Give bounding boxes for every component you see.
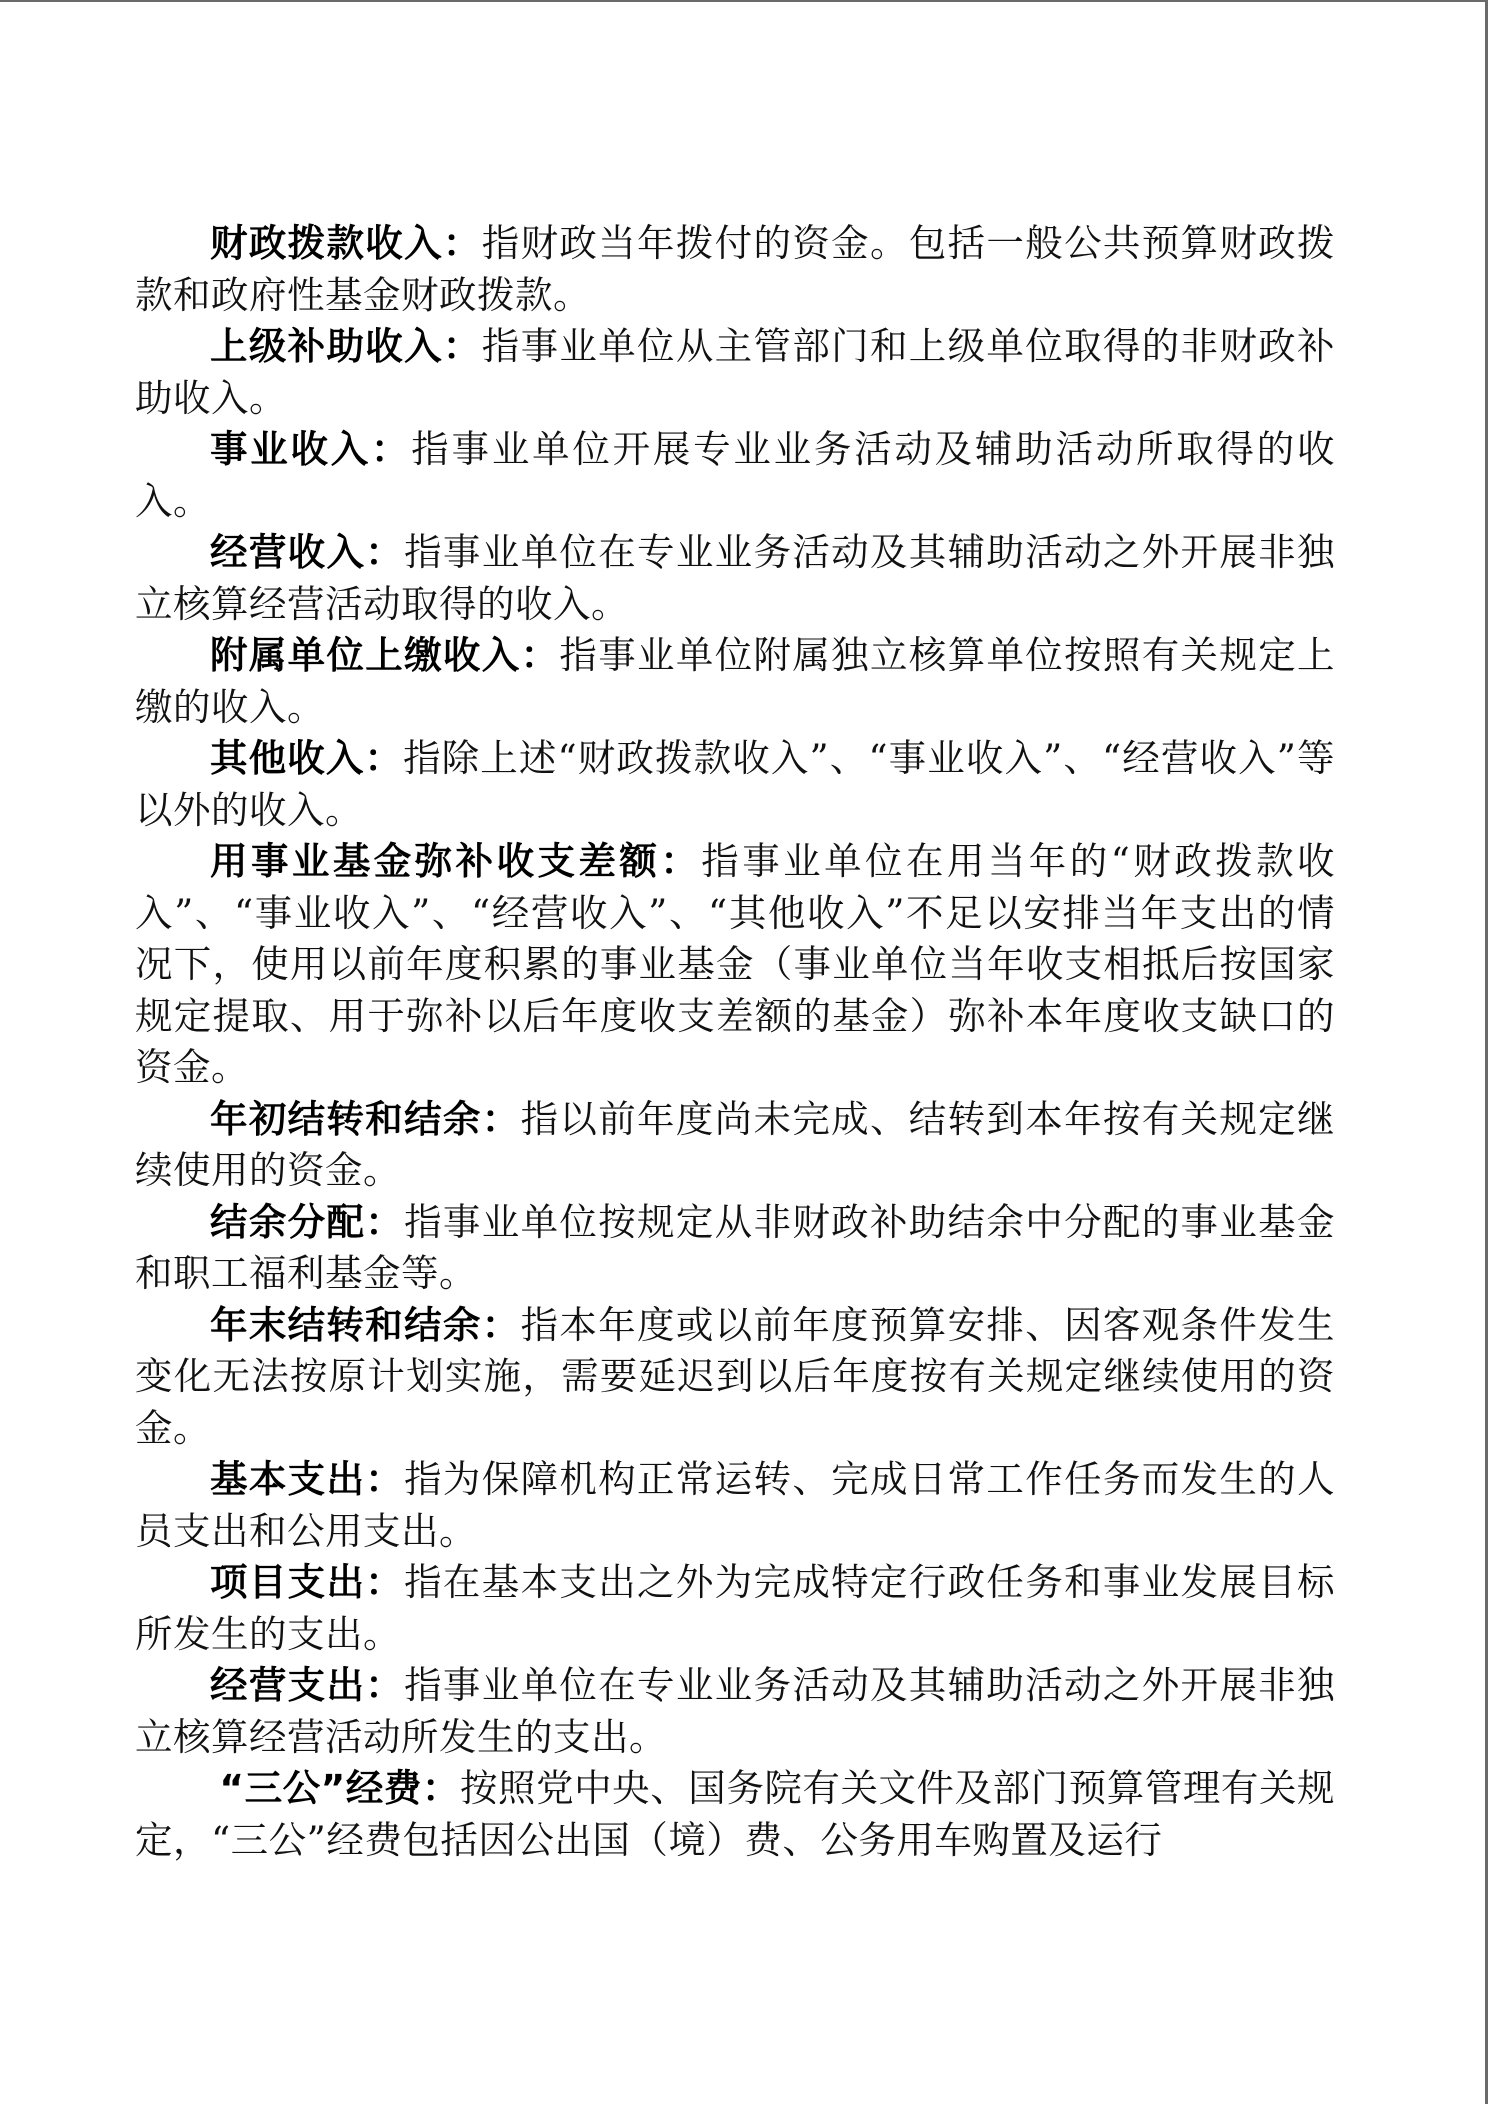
definition-operating-expenditure: 经营支出：指事业单位在专业业务活动及其辅助活动之外开展非独立核算经营活动所发生的…	[135, 1660, 1335, 1763]
term-label: 附属单位上缴收入：	[210, 633, 559, 677]
definition-basic-expenditure: 基本支出：指为保障机构正常运转、完成日常工作任务而发生的人员支出和公用支出。	[135, 1454, 1335, 1557]
term-label: 事业收入：	[210, 427, 411, 471]
term-label: 结余分配：	[210, 1200, 404, 1244]
term-label: 其他收入：	[210, 736, 403, 780]
definition-superior-subsidy-income: 上级补助收入：指事业单位从主管部门和上级单位取得的非财政补助收入。	[135, 321, 1335, 424]
definition-fiscal-appropriation-income: 财政拨款收入：指财政当年拨付的资金。包括一般公共预算财政拨款和政府性基金财政拨款…	[135, 218, 1335, 321]
term-label: 用事业基金弥补收支差额：	[210, 839, 701, 883]
definition-balance-distribution: 结余分配：指事业单位按规定从非财政补助结余中分配的事业基金和职工福利基金等。	[135, 1197, 1335, 1300]
definition-year-end-carryover-balance: 年末结转和结余：指本年度或以前年度预算安排、因客观条件发生变化无法按原计划实施，…	[135, 1300, 1335, 1455]
term-label: 年末结转和结余：	[210, 1303, 521, 1347]
term-label: “三公”经费：	[219, 1766, 460, 1810]
definition-affiliated-unit-remittance-income: 附属单位上缴收入：指事业单位附属独立核算单位按照有关规定上缴的收入。	[135, 630, 1335, 733]
definition-other-income: 其他收入：指除上述“财政拨款收入”、“事业收入”、“经营收入”等以外的收入。	[135, 733, 1335, 836]
document-page: 财政拨款收入：指财政当年拨付的资金。包括一般公共预算财政拨款和政府性基金财政拨款…	[135, 218, 1335, 1866]
definition-project-expenditure: 项目支出：指在基本支出之外为完成特定行政任务和事业发展目标所发生的支出。	[135, 1557, 1335, 1660]
term-label: 年初结转和结余：	[210, 1097, 521, 1141]
definition-operating-income: 经营收入：指事业单位在专业业务活动及其辅助活动之外开展非独立核算经营活动取得的收…	[135, 527, 1335, 630]
term-label: 上级补助收入：	[210, 324, 482, 368]
definition-business-fund-offset: 用事业基金弥补收支差额：指事业单位在用当年的“财政拨款收入”、“事业收入”、“经…	[135, 836, 1335, 1094]
term-label: 财政拨款收入：	[210, 221, 482, 265]
term-label: 基本支出：	[210, 1457, 404, 1501]
term-label: 经营支出：	[210, 1663, 404, 1707]
term-label: 经营收入：	[210, 530, 404, 574]
definition-business-income: 事业收入：指事业单位开展专业业务活动及辅助活动所取得的收入。	[135, 424, 1335, 527]
term-label: 项目支出：	[210, 1560, 404, 1604]
definition-beginning-carryover-balance: 年初结转和结余：指以前年度尚未完成、结转到本年按有关规定继续使用的资金。	[135, 1094, 1335, 1197]
definition-three-public-expenses: “三公”经费：按照党中央、国务院有关文件及部门预算管理有关规定，“三公”经费包括…	[135, 1763, 1335, 1866]
